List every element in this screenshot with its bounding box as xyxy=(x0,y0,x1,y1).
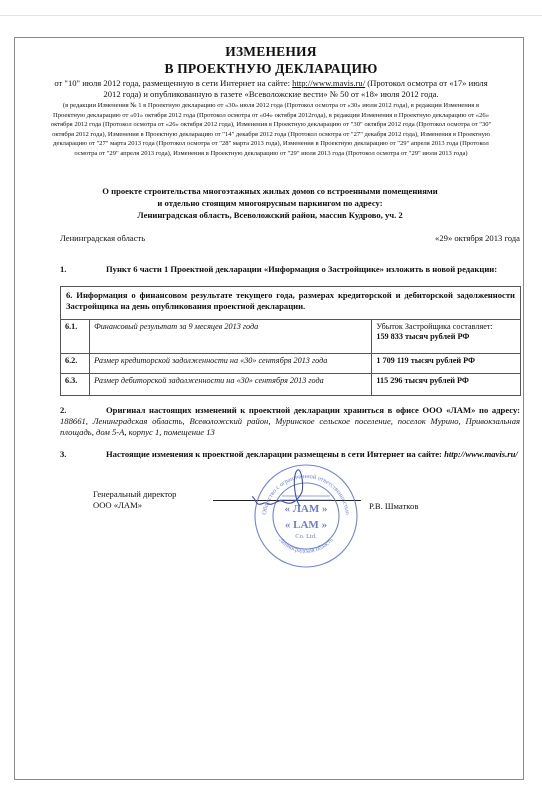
financial-info-table: 6. Информация о финансовом результате те… xyxy=(60,286,521,396)
seal-center-en: « LAM » xyxy=(285,519,327,531)
office-address: 188661, Ленинградская область, Всеволожс… xyxy=(60,416,520,437)
scan-edge-line xyxy=(0,15,542,16)
section-text: Оригинал настоящих изменений к проектной… xyxy=(106,405,520,415)
mavis-link[interactable]: http://www.mavis.ru/ xyxy=(444,449,518,459)
row-number: 6.2. xyxy=(61,354,90,374)
section-number: 1. xyxy=(60,264,106,275)
section-text: Пункт 6 части 1 Проектной декларации «Ин… xyxy=(106,264,497,274)
place: Ленинградская область xyxy=(60,233,145,243)
value-prefix: Убыток Застройщика составляет: xyxy=(376,322,516,332)
revisions-paragraph: (в редакции Изменения № 1 в Проектную де… xyxy=(48,101,494,159)
row-value: 1 709 119 тысяч рублей РФ xyxy=(372,354,521,374)
section-1: 1.Пункт 6 части 1 Проектной декларации «… xyxy=(60,264,520,275)
company-seal-icon: Общество с ограниченной ответственностью… xyxy=(252,462,360,570)
row-number: 6.1. xyxy=(61,320,90,354)
project-title-line2: и отдельно стоящим многоярусным паркинго… xyxy=(60,198,480,210)
signer-title: Генеральный директор xyxy=(93,489,176,500)
document-date: «29» октября 2013 года xyxy=(435,233,520,243)
value-amount: 159 833 тысяч рублей РФ xyxy=(376,332,469,341)
section-number: 2. xyxy=(60,405,106,416)
row-value: 115 296 тысяч рублей РФ xyxy=(372,374,521,396)
intro-text: от "10" июля 2012 года, размещенную в се… xyxy=(54,78,292,88)
signer-company: ООО «ЛАМ» xyxy=(93,500,176,511)
document-title: ИЗМЕНЕНИЯ xyxy=(0,43,542,60)
section-number: 3. xyxy=(60,449,106,460)
section-3: 3.Настоящие изменения к проектной деклар… xyxy=(60,449,520,460)
table-header: 6. Информация о финансовом результате те… xyxy=(61,287,521,320)
section-2: 2.Оригинал настоящих изменений к проектн… xyxy=(60,405,520,438)
mavis-link[interactable]: http://www.mavis.ru/ xyxy=(292,78,365,88)
section-text: Настоящие изменения к проектной декларац… xyxy=(106,449,442,459)
table-row: 6.1. Финансовый результат за 9 месяцев 2… xyxy=(61,320,521,354)
project-title-line1: О проекте строительства многоэтажных жил… xyxy=(60,186,480,198)
row-label: Размер дебиторской задолженности на «30»… xyxy=(90,374,372,396)
table-row: 6.3. Размер дебиторской задолженности на… xyxy=(61,374,521,396)
value-amount: 115 296 тысяч рублей РФ xyxy=(376,376,469,385)
signer-name: Р.В. Шматков xyxy=(369,501,418,512)
table-row: 6.2. Размер кредиторской задолженности н… xyxy=(61,354,521,374)
row-label: Финансовый результат за 9 месяцев 2013 г… xyxy=(90,320,372,354)
document-subtitle: В ПРОЕКТНУЮ ДЕКЛАРАЦИЮ xyxy=(0,60,542,77)
row-value: Убыток Застройщика составляет: 159 833 т… xyxy=(372,320,521,354)
row-label: Размер кредиторской задолженности на «30… xyxy=(90,354,372,374)
seal-center-ru: « ЛАМ » xyxy=(284,503,327,515)
intro-paragraph: от "10" июля 2012 года, размещенную в се… xyxy=(52,78,490,100)
project-title-line3: Ленинградская область, Всеволожский райо… xyxy=(60,210,480,222)
seal-center-suffix: Co. Ltd. xyxy=(295,533,317,540)
signer-position: Генеральный директор ООО «ЛАМ» xyxy=(93,489,176,511)
value-amount: 1 709 119 тысяч рублей РФ xyxy=(376,356,475,365)
row-number: 6.3. xyxy=(61,374,90,396)
